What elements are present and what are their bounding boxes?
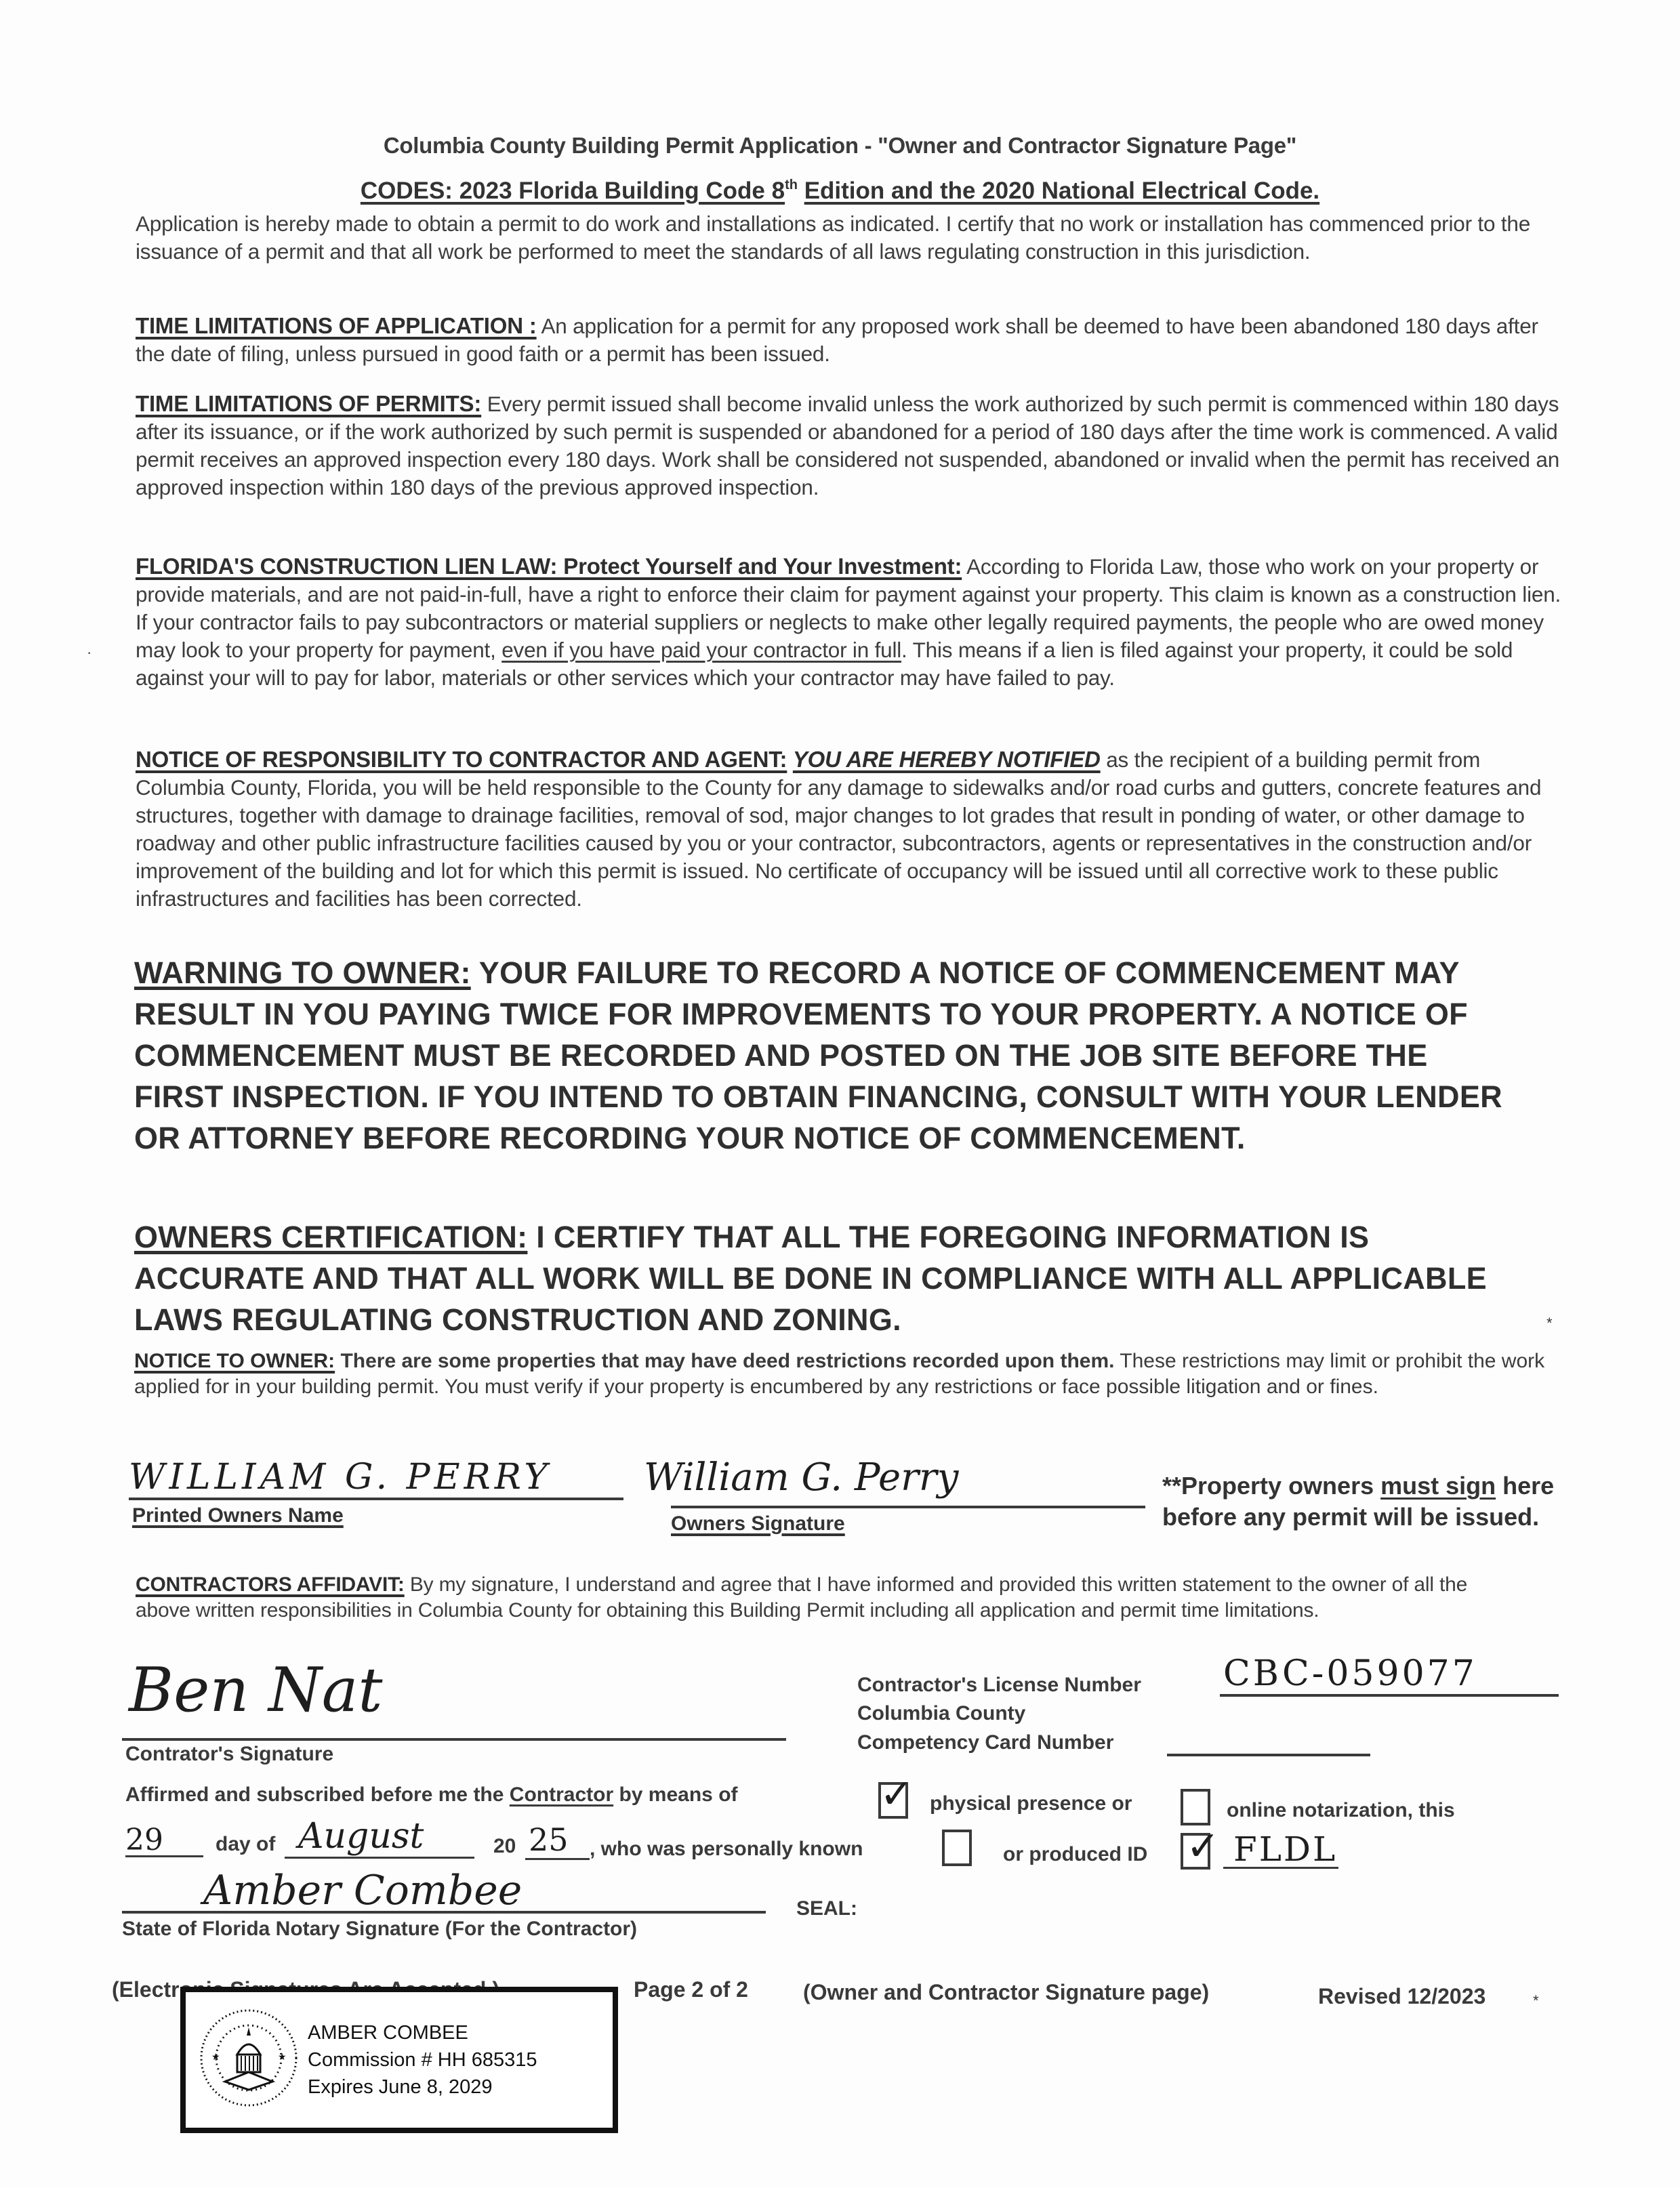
lien-law-underlined: even if you have paid your contractor in… — [501, 638, 901, 662]
year-field[interactable]: 25 — [529, 1821, 569, 1858]
notice-responsibility-emphasis: YOU ARE HEREBY NOTIFIED — [793, 747, 1101, 772]
notary-stamp-text: AMBER COMBEE Commission # HH 685315 Expi… — [308, 2019, 537, 2101]
printed-owner-name-line — [129, 1498, 623, 1500]
online-notarization-checkbox[interactable] — [1181, 1789, 1210, 1825]
owner-signature-line — [671, 1506, 1145, 1508]
page-title: Columbia County Building Permit Applicat… — [0, 133, 1680, 159]
seal-label: SEAL: — [796, 1897, 857, 1920]
time-limit-application-heading: TIME LIMITATIONS OF APPLICATION : — [136, 313, 537, 338]
physical-presence-label: physical presence or — [930, 1792, 1132, 1815]
time-limit-permits-heading: TIME LIMITATIONS OF PERMITS: — [136, 391, 481, 416]
must-sign-underlined: must sign — [1380, 1472, 1496, 1500]
owners-certification-heading: OWNERS CERTIFICATION: — [134, 1220, 527, 1254]
competency-card-field[interactable] — [1167, 1754, 1370, 1756]
owner-signature-field[interactable]: William G. Perry — [644, 1456, 958, 1500]
printed-owner-name-label: Printed Owners Name — [132, 1504, 344, 1527]
day-field[interactable]: 29 — [125, 1823, 163, 1857]
time-limit-permits-section: TIME LIMITATIONS OF PERMITS: Every permi… — [136, 390, 1565, 501]
notary-commission: Commission # HH 685315 — [308, 2046, 537, 2073]
revised-date: Revised 12/2023 — [1318, 1984, 1486, 2009]
codes-part2: Edition and the 2020 National Electrical… — [804, 178, 1319, 204]
id-type-field[interactable]: FLDL — [1233, 1830, 1337, 1869]
columbia-county-label: Columbia County — [857, 1702, 1025, 1725]
contractors-affidavit-section: CONTRACTORS AFFIDAVIT: By my signature, … — [136, 1572, 1491, 1624]
personally-known-label: , who was personally known — [590, 1838, 863, 1861]
contractor-signature-label: Contrator's Signature — [125, 1743, 333, 1766]
codes-superscript: th — [785, 178, 798, 192]
contractor-signature-field[interactable]: Ben Nat — [129, 1660, 383, 1721]
notary-signature-label: State of Florida Notary Signature (For t… — [122, 1918, 637, 1941]
notice-to-owner-heading: NOTICE TO OWNER: — [134, 1350, 335, 1372]
svg-text:★: ★ — [278, 2051, 287, 2062]
page-name: (Owner and Contractor Signature page) — [803, 1980, 1209, 2005]
notice-responsibility-section: NOTICE OF RESPONSIBILITY TO CONTRACTOR A… — [136, 745, 1565, 913]
affirmed-line: Affirmed and subscribed before me the Co… — [125, 1783, 738, 1807]
codes-part1: CODES: 2023 Florida Building Code 8 — [361, 178, 785, 204]
year-line — [525, 1858, 590, 1860]
permit-signature-page: Columbia County Building Permit Applicat… — [0, 0, 1680, 2188]
owner-signature-label: Owners Signature — [671, 1512, 845, 1535]
notary-signature-line — [122, 1911, 766, 1914]
year-prefix: 20 — [493, 1835, 516, 1858]
lien-law-heading: FLORIDA'S CONSTRUCTION LIEN LAW: Protect… — [136, 554, 962, 579]
id-type-line — [1223, 1867, 1338, 1869]
page-number: Page 2 of 2 — [634, 1977, 748, 2002]
codes-heading: CODES: 2023 Florida Building Code 8th Ed… — [0, 178, 1680, 205]
owners-certification-section: OWNERS CERTIFICATION: I CERTIFY THAT ALL… — [134, 1216, 1510, 1340]
day-line — [125, 1855, 203, 1857]
contractors-affidavit-heading: CONTRACTORS AFFIDAVIT: — [136, 1573, 405, 1596]
printed-owner-name-field[interactable]: WILLIAM G. PERRY — [129, 1457, 552, 1498]
license-number-label: Contractor's License Number — [857, 1674, 1141, 1697]
time-limit-application-section: TIME LIMITATIONS OF APPLICATION : An app… — [136, 312, 1565, 368]
scan-speck: · — [87, 644, 91, 661]
personally-known-checkbox[interactable] — [942, 1830, 972, 1866]
month-line — [285, 1857, 474, 1859]
warning-heading: WARNING TO OWNER: — [134, 955, 471, 990]
notice-responsibility-body: as the recipient of a building permit fr… — [136, 747, 1541, 911]
notary-signature-field[interactable]: Amber Combee — [203, 1867, 522, 1914]
contractor-signature-line — [122, 1738, 786, 1741]
day-of-label: day of — [216, 1833, 275, 1856]
affirmed-mid: by means of — [613, 1783, 737, 1806]
notice-to-owner-section: NOTICE TO OWNER: There are some properti… — [134, 1348, 1571, 1400]
notary-seal-icon: ★ ★ — [198, 2007, 300, 2109]
competency-card-label: Competency Card Number — [857, 1731, 1113, 1754]
license-number-line — [1220, 1694, 1559, 1697]
scan-speck: * — [1533, 1992, 1539, 2010]
owner-signature-label-text: Owners Signature — [671, 1512, 845, 1535]
svg-text:★: ★ — [211, 2051, 220, 2062]
produced-id-label: or produced ID — [1003, 1843, 1147, 1866]
license-number-field[interactable]: CBC-059077 — [1223, 1653, 1477, 1694]
notice-to-owner-lead: There are some properties that may have … — [340, 1350, 1114, 1372]
month-field[interactable]: August — [298, 1816, 424, 1857]
notary-expiration: Expires June 8, 2029 — [308, 2073, 537, 2101]
online-notarization-label: online notarization, this — [1227, 1799, 1455, 1822]
must-sign-note: **Property owners must sign here before … — [1162, 1470, 1582, 1533]
lien-law-section: FLORIDA'S CONSTRUCTION LIEN LAW: Protect… — [136, 552, 1565, 692]
must-sign-pre: **Property owners — [1162, 1472, 1380, 1500]
checkmark-icon: ✓ — [1186, 1826, 1220, 1867]
affirmed-pre: Affirmed and subscribed before me the — [125, 1783, 510, 1806]
notice-responsibility-heading: NOTICE OF RESPONSIBILITY TO CONTRACTOR A… — [136, 747, 787, 772]
intro-paragraph: Application is hereby made to obtain a p… — [136, 210, 1565, 266]
affirmed-contractor: Contractor — [510, 1783, 613, 1806]
notary-stamp: ★ ★ AMBER COMBEE Commission # HH 685315 … — [180, 1987, 618, 2133]
checkmark-icon: ✓ — [880, 1774, 914, 1815]
scan-speck: * — [1546, 1315, 1553, 1332]
warning-to-owner-section: WARNING TO OWNER: YOUR FAILURE TO RECORD… — [134, 952, 1510, 1159]
notary-name: AMBER COMBEE — [308, 2019, 537, 2046]
